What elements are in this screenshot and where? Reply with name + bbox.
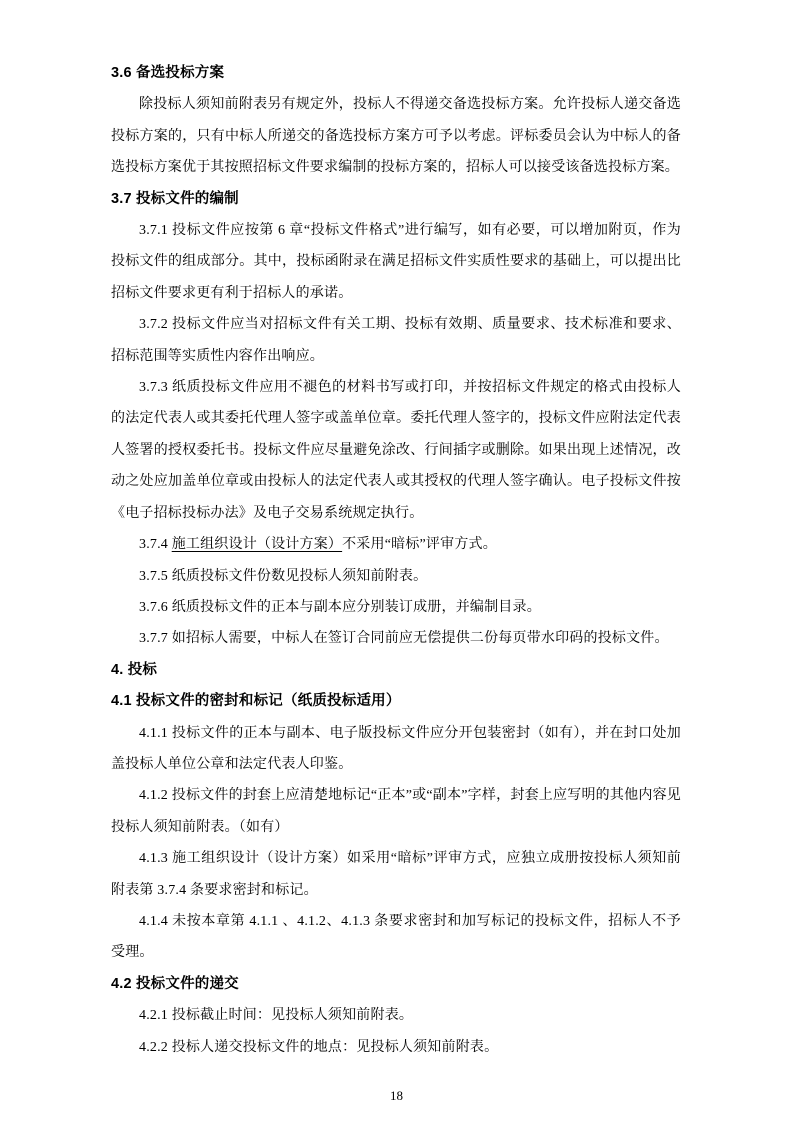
paragraph-3-7-1: 3.7.1 投标文件应按第 6 章“投标文件格式”进行编写，如有必要，可以增加附… — [111, 215, 681, 309]
paragraph-3-6: 除投标人须知前附表另有规定外，投标人不得递交备选投标方案。允许投标人递交备选投标… — [111, 89, 681, 183]
paragraph-4-1-4: 4.1.4 未按本章第 4.1.1 、4.1.2、4.1.3 条要求密封和加写标… — [111, 906, 681, 969]
paragraph-4-2-1: 4.2.1 投标截止时间：见投标人须知前附表。 — [111, 1000, 681, 1031]
section-heading-3-6: 3.6 备选投标方案 — [111, 58, 681, 89]
paragraph-3-7-4-underlined-text: 施工组织设计（设计方案） — [172, 537, 342, 552]
paragraph-3-7-2: 3.7.2 投标文件应当对招标文件有关工期、投标有效期、质量要求、技术标准和要求… — [111, 309, 681, 372]
paragraph-3-7-5: 3.7.5 纸质投标文件份数见投标人须知前附表。 — [111, 561, 681, 592]
section-heading-3-7: 3.7 投标文件的编制 — [111, 184, 681, 215]
paragraph-3-7-4-number: 3.7.4 — [139, 537, 172, 552]
paragraph-3-7-4-rest: 不采用“暗标”评审方式。 — [342, 537, 497, 552]
paragraph-4-2-2: 4.2.2 投标人递交投标文件的地点：见投标人须知前附表。 — [111, 1032, 681, 1063]
paragraph-4-1-3: 4.1.3 施工组织设计（设计方案）如采用“暗标”评审方式，应独立成册按投标人须… — [111, 843, 681, 906]
section-heading-4-1: 4.1 投标文件的密封和标记（纸质投标适用） — [111, 686, 681, 717]
paragraph-4-1-1: 4.1.1 投标文件的正本与副本、电子版投标文件应分开包装密封（如有），并在封口… — [111, 718, 681, 781]
paragraph-3-7-6: 3.7.6 纸质投标文件的正本与副本应分别装订成册，并编制目录。 — [111, 592, 681, 623]
section-heading-4: 4. 投标 — [111, 655, 681, 686]
document-body: 3.6 备选投标方案 除投标人须知前附表另有规定外，投标人不得递交备选投标方案。… — [111, 58, 681, 1063]
section-heading-4-2: 4.2 投标文件的递交 — [111, 969, 681, 1000]
paragraph-3-7-7: 3.7.7 如招标人需要，中标人在签订合同前应无偿提供二份每页带水印码的投标文件… — [111, 623, 681, 654]
document-page: 3.6 备选投标方案 除投标人须知前附表另有规定外，投标人不得递交备选投标方案。… — [0, 0, 793, 1122]
page-number: 18 — [0, 1088, 793, 1104]
paragraph-3-7-4: 3.7.4 施工组织设计（设计方案）不采用“暗标”评审方式。 — [111, 529, 681, 560]
paragraph-4-1-2: 4.1.2 投标文件的封套上应清楚地标记“正本”或“副本”字样，封套上应写明的其… — [111, 780, 681, 843]
paragraph-3-7-3: 3.7.3 纸质投标文件应用不褪色的材料书写或打印，并按招标文件规定的格式由投标… — [111, 372, 681, 529]
